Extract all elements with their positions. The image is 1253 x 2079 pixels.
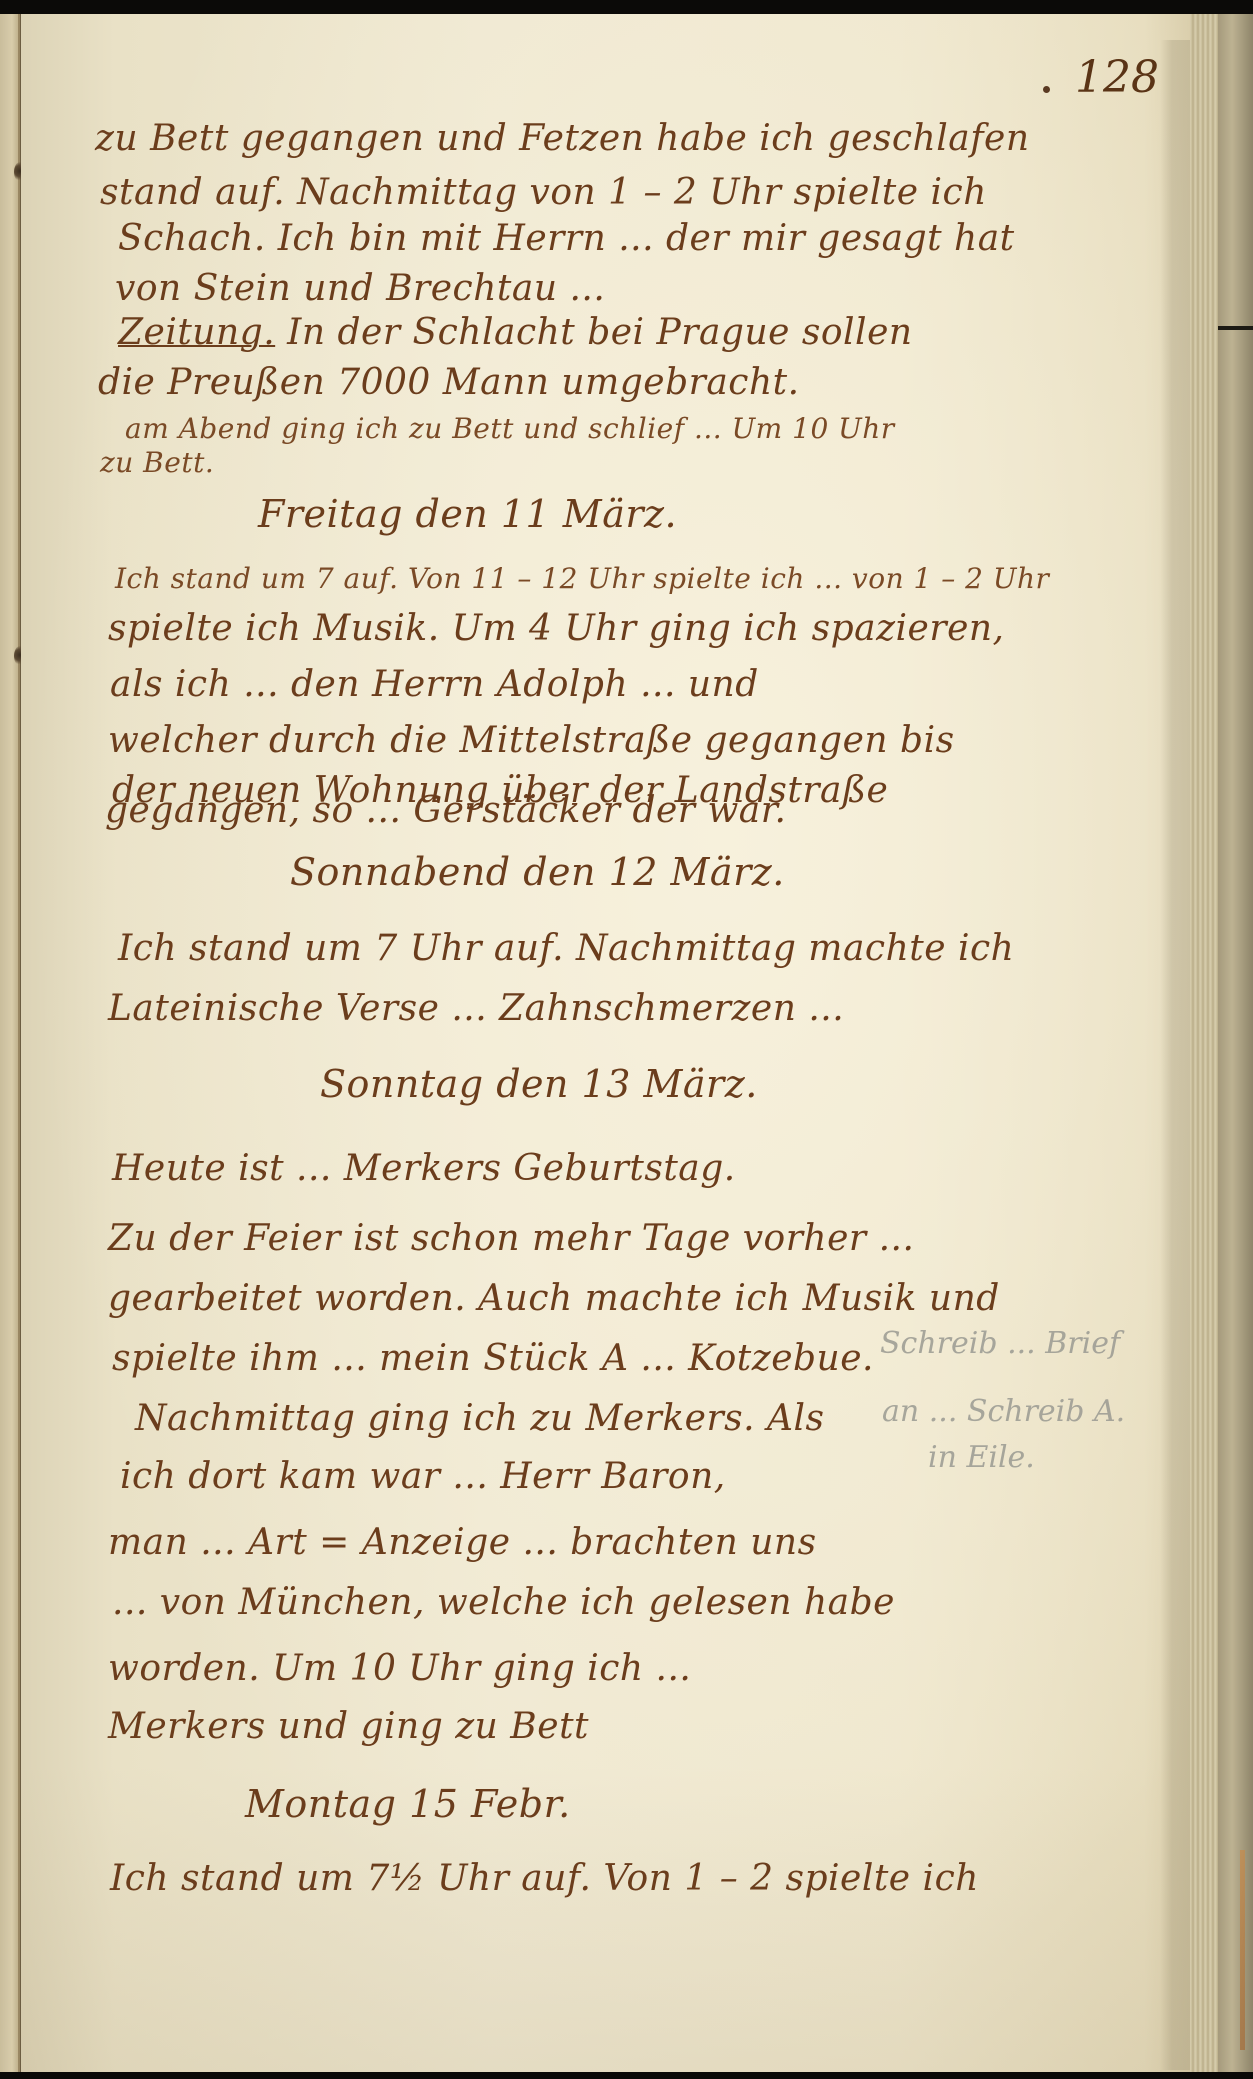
- text-line: zu Bett.: [100, 446, 214, 479]
- text-line: als ich ... den Herrn Adolph ... und: [110, 664, 759, 705]
- text-line: Merkers und ging zu Bett: [108, 1706, 589, 1747]
- page-number: 128: [1075, 52, 1159, 103]
- text-line: gearbeitet worden. Auch machte ich Musik…: [108, 1278, 1000, 1319]
- text-line: welcher durch die Mittelstraße gegangen …: [108, 720, 955, 761]
- text-line: Lateinische Verse ... Zahnschmerzen ...: [108, 988, 844, 1029]
- book-cover-edge: [1218, 14, 1253, 2072]
- text-line: Heute ist ... Merkers Geburtstag.: [112, 1148, 736, 1189]
- text-line: Zu der Feier ist schon mehr Tage vorher …: [108, 1218, 914, 1259]
- scan-bottom-border: [0, 2072, 1253, 2079]
- page-edge-stain: [1240, 1850, 1245, 2050]
- text-line: gegangen, so ... Gerstäcker der war.: [105, 790, 786, 831]
- text-line: Zeitung. In der Schlacht bei Prague soll…: [118, 312, 913, 353]
- text-line: Ich stand um 7½ Uhr auf. Von 1 – 2 spiel…: [110, 1858, 979, 1899]
- text-line: spielte ihm ... mein Stück A ... Kotzebu…: [112, 1338, 874, 1379]
- margin-note-line: Schreib ... Brief: [880, 1326, 1120, 1361]
- date-heading: Freitag den 11 März.: [258, 492, 677, 536]
- cover-mark: [1218, 326, 1253, 330]
- text-line: die Preußen 7000 Mann umgebracht.: [98, 362, 800, 403]
- margin-note-line: an ... Schreib A.: [882, 1394, 1125, 1429]
- text-line: man ... Art = Anzeige ... brachten uns: [108, 1522, 817, 1563]
- page-number-dot: [1043, 86, 1050, 93]
- text-line: zu Bett gegangen und Fetzen habe ich ges…: [95, 118, 1030, 159]
- text-line: am Abend ging ich zu Bett und schlief ..…: [125, 412, 895, 445]
- date-heading: Montag 15 Febr.: [245, 1782, 571, 1826]
- text-line: Ich stand um 7 Uhr auf. Nachmittag macht…: [118, 928, 1014, 969]
- page-shadow: [1160, 40, 1190, 2070]
- date-heading: Sonntag den 13 März.: [320, 1062, 758, 1106]
- margin-note-line: in Eile.: [928, 1440, 1035, 1475]
- text-line: ... von München, welche ich gelesen habe: [112, 1582, 895, 1623]
- text-line: stand auf. Nachmittag von 1 – 2 Uhr spie…: [100, 172, 987, 213]
- text-line: Ich stand um 7 auf. Von 11 – 12 Uhr spie…: [115, 562, 1049, 595]
- text-line: spielte ich Musik. Um 4 Uhr ging ich spa…: [108, 608, 1005, 649]
- text-line: Schach. Ich bin mit Herrn ... der mir ge…: [118, 218, 1015, 259]
- text-line: von Stein und Brechtau ...: [115, 268, 605, 309]
- page-stack-edge: [1190, 14, 1218, 2072]
- facing-page-edge: [0, 14, 20, 2072]
- underlined-word: Zeitung.: [118, 312, 275, 353]
- text-line: worden. Um 10 Uhr ging ich ...: [108, 1648, 691, 1689]
- date-heading: Sonnabend den 12 März.: [290, 850, 785, 894]
- text-line: Nachmittag ging ich zu Merkers. Als: [135, 1398, 825, 1439]
- text-line: ich dort kam war ... Herr Baron,: [120, 1456, 726, 1497]
